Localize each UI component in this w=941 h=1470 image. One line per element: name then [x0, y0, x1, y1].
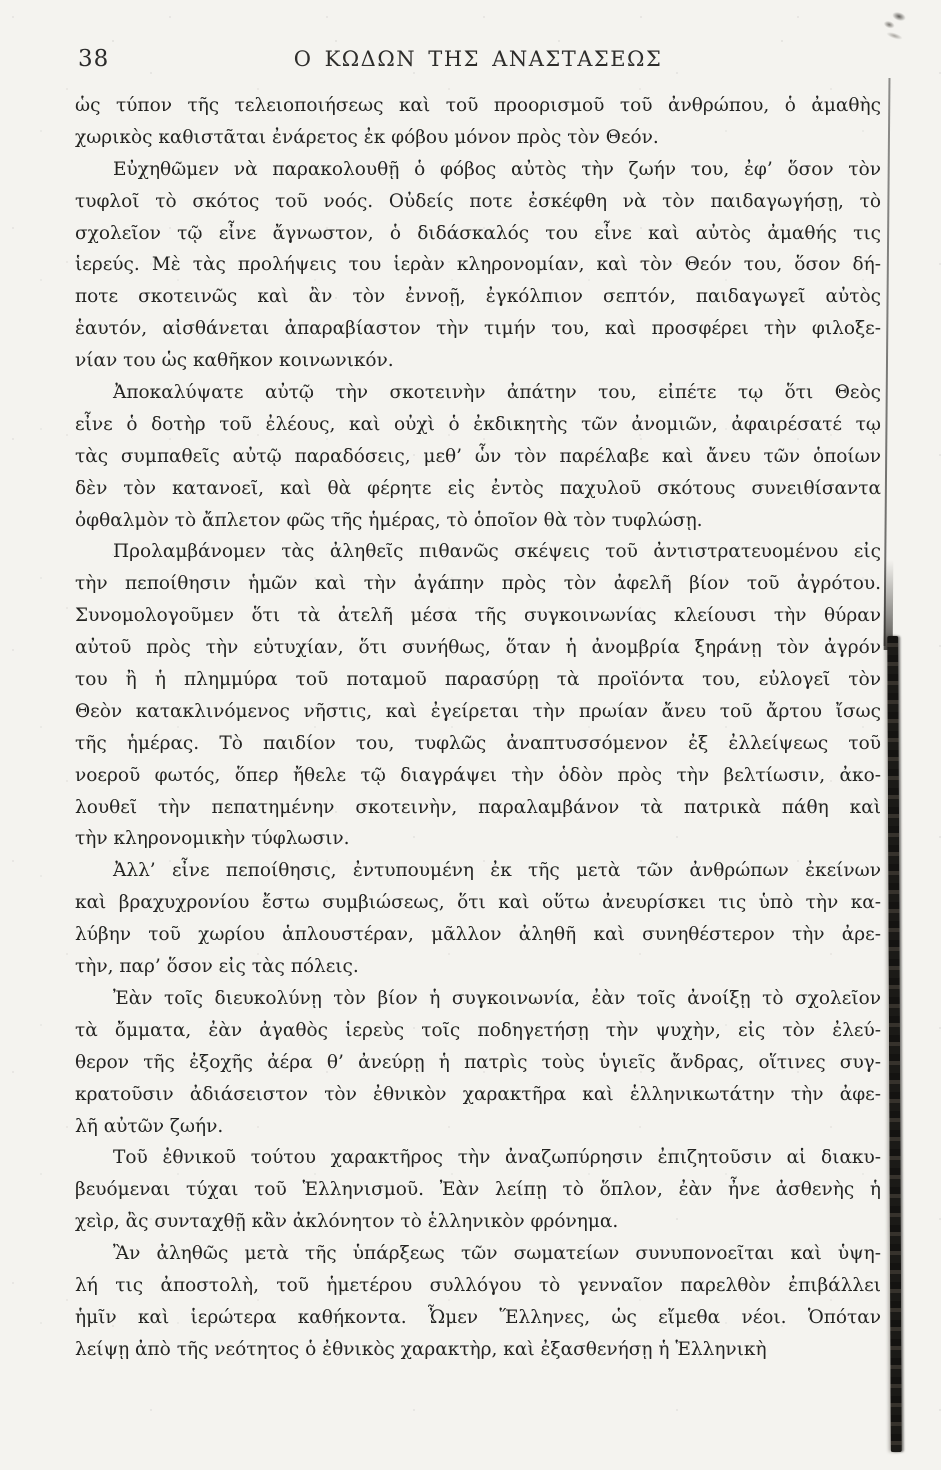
text-line: ἑαυτόν, αἰσθάνεται ἀπαραβίαστον τὴν τιμή… [75, 313, 881, 345]
text-line: Ἐὰν τοῖς διευκολύνῃ τὸν βίον ἡ συγκοινων… [75, 983, 881, 1015]
text-line: ποτε σκοτεινῶς καὶ ἂν τὸν ἐννοῇ, ἐγκόλπι… [75, 281, 881, 313]
text-line: λουθεῖ τὴν πεπατημένην σκοτεινὴν, παραλα… [75, 792, 881, 824]
scan-corner-smudge [871, 2, 914, 47]
text-line: Προλαμβάνομεν τὰς ἀληθεῖς πιθανῶς σκέψει… [75, 536, 881, 568]
text-line: τὰ ὄμματα, ἐὰν ἀγαθὸς ἱερεὺς τοῖς ποδηγε… [75, 1015, 881, 1047]
text-line: τὰς συμπαθεῖς αὐτῷ παραδόσεις, μεθ’ ὧν τ… [75, 441, 881, 473]
text-line: λή τις ἀποστολὴ, τοῦ ἡμετέρου συλλόγου τ… [75, 1270, 881, 1302]
text-line: ὡς τύπον τῆς τελειοποιήσεως καὶ τοῦ προο… [75, 90, 881, 122]
running-header-title: Ο ΚΩΔΩΝ ΤΗΣ ΑΝΑΣΤΑΣΕΩΣ [75, 47, 881, 71]
text-line: Τοῦ ἐθνικοῦ τούτου χαρακτῆρος τὴν ἀναζωπ… [75, 1142, 881, 1174]
text-line: τυφλοῖ τὸ σκότος τοῦ νοός. Οὐδείς ποτε ἐ… [75, 186, 881, 218]
text-line: Συνομολογοῦμεν ὅτι τὰ ἀτελῆ μέσα τῆς συγ… [75, 600, 881, 632]
text-line: λύβην τοῦ χωρίου ἁπλουστέραν, μᾶλλον ἀλη… [75, 919, 881, 951]
text-line: βευόμεναι τύχαι τοῦ Ἑλληνισμοῦ. Ἐὰν λείπ… [75, 1174, 881, 1206]
text-line: νίαν του ὡς καθῆκον κοινωνικόν. [75, 345, 881, 377]
body-text: ὡς τύπον τῆς τελειοποιήσεως καὶ τοῦ προο… [75, 90, 881, 1366]
text-line: λείψῃ ἀπὸ τῆς νεότητος ὁ ἐθνικὸς χαρακτὴ… [75, 1334, 881, 1366]
text-line: ἡμῖν καὶ ἱερώτερα καθήκοντα. Ὦμεν Ἕλληνε… [75, 1302, 881, 1334]
scan-binding-band [887, 636, 902, 1452]
text-line: δὲν τὸν κατανοεῖ, καὶ θὰ φέρητε εἰς ἐντὸ… [75, 473, 881, 505]
text-line: τὴν πεποίθησιν ἡμῶν καὶ τὴν ἀγάπην πρὸς … [75, 568, 881, 600]
text-line: αὐτοῦ πρὸς τὴν εὐτυχίαν, ὅτι συνήθως, ὅτ… [75, 632, 881, 664]
text-line: χεὶρ, ἂς συνταχθῇ κἂν ἀκλόνητον τὸ ἑλλην… [75, 1206, 881, 1238]
text-line: Ἂν ἀληθῶς μετὰ τῆς ὑπάρξεως τῶν σωματείω… [75, 1238, 881, 1270]
text-line: Εὐχηθῶμεν νὰ παρακολουθῇ ὁ φόβος αὐτὸς τ… [75, 154, 881, 186]
text-line: Ἀποκαλύψατε αὐτῷ τὴν σκοτεινὴν ἀπάτην το… [75, 377, 881, 409]
text-line: τῆς ἡμέρας. Τὸ παιδίον του, τυφλῶς ἀναπτ… [75, 728, 881, 760]
text-line: καὶ βραχυχρονίου ἔστω συμβιώσεως, ὅτι κα… [75, 887, 881, 919]
text-line: λῆ αὐτῶν ζωήν. [75, 1111, 881, 1143]
text-line: ὀφθαλμὸν τὸ ἄπλετον φῶς τῆς ἡμέρας, τὸ ὁ… [75, 505, 881, 537]
text-line: θερον τῆς ἐξοχῆς ἀέρα θ’ ἀνεύρῃ ἡ πατρὶς… [75, 1047, 881, 1079]
text-line: σχολεῖον τῷ εἶνε ἄγνωστον, ὁ διδάσκαλός … [75, 218, 881, 250]
scanned-book-page: 38 Ο ΚΩΔΩΝ ΤΗΣ ΑΝΑΣΤΑΣΕΩΣ ὡς τύπον τῆς τ… [0, 0, 941, 1470]
text-line: ἱερεύς. Μὲ τὰς προλήψεις του ἱερὰν κληρο… [75, 249, 881, 281]
text-line: εἶνε ὁ δοτὴρ τοῦ ἐλέους, καὶ οὐχὶ ὁ ἐκδι… [75, 409, 881, 441]
text-line: του ἢ ἡ πλημμύρα τοῦ ποταμοῦ παρασύρῃ τὰ… [75, 664, 881, 696]
text-line: Θεὸν κατακλινόμενος νῆστις, καὶ ἐγείρετα… [75, 696, 881, 728]
text-line: τὴν κληρονομικὴν τύφλωσιν. [75, 823, 881, 855]
text-line: κρατοῦσιν ἀδιάσειστον τὸν ἐθνικὸν χαρακτ… [75, 1079, 881, 1111]
text-line: νοεροῦ φωτός, ὅπερ ἤθελε τῷ διαγράψει τὴ… [75, 760, 881, 792]
text-line: χωρικὸς καθιστᾶται ἐνάρετος ἐκ φόβου μόν… [75, 122, 881, 154]
text-line: Ἀλλ’ εἶνε πεποίθησις, ἐντυπουμένη ἐκ τῆς… [75, 855, 881, 887]
text-line: τὴν, παρ’ ὅσον εἰς τὰς πόλεις. [75, 951, 881, 983]
